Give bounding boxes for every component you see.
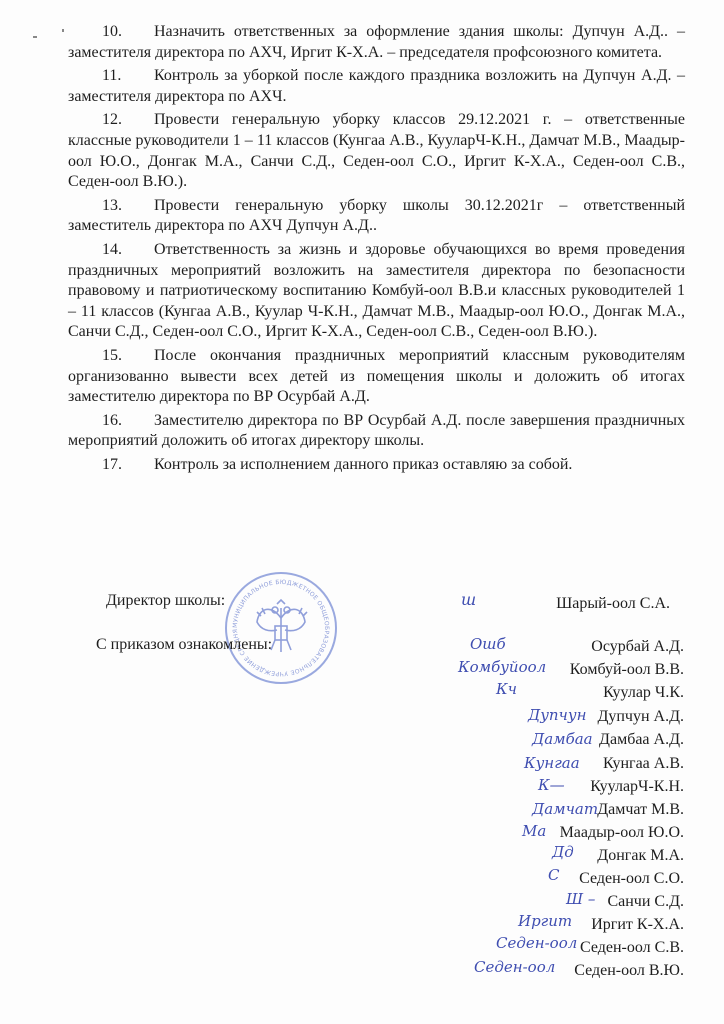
document-page: 10.Назначить ответственных за оформление… — [0, 0, 724, 1024]
signature: Кч — [496, 680, 517, 698]
signature: Дамбаа — [532, 730, 593, 748]
signatory-name: Комбуй-оол В.В. — [570, 661, 684, 679]
item-number: 12. — [102, 110, 154, 131]
director-label: Директор школы: — [106, 592, 225, 610]
order-item: 15.После окончания праздничных мероприят… — [68, 346, 685, 408]
order-items-list: 10.Назначить ответственных за оформление… — [68, 22, 685, 478]
official-stamp: МУНИЦИПАЛЬНОЕ БЮДЖЕТНОЕ ОБЩЕОБРАЗОВАТЕЛЬ… — [225, 572, 337, 684]
signatory-name: Кунгаа А.В. — [603, 755, 684, 773]
signature: Дд — [552, 843, 574, 861]
item-text: После окончания праздничных мероприятий … — [68, 347, 685, 405]
signature: Кунгаа — [524, 754, 580, 772]
signatory-name: КууларЧ-К.Н. — [590, 778, 684, 796]
eagle-emblem-icon: МУНИЦИПАЛЬНОЕ БЮДЖЕТНОЕ ОБЩЕОБРАЗОВАТЕЛЬ… — [227, 574, 335, 682]
signatory-name: Осурбай А.Д. — [591, 638, 684, 656]
signature: К— — [538, 776, 565, 794]
order-item: 13.Провести генеральную уборку школы 30.… — [68, 196, 685, 237]
signature: Седен-оол — [496, 934, 577, 952]
director-signature: ш — [461, 590, 476, 609]
item-number: 10. — [102, 22, 154, 43]
item-number: 15. — [102, 346, 154, 367]
signatory-name: Маадыр-оол Ю.О. — [560, 824, 684, 842]
signatory-name: Иргит К-Х.А. — [591, 916, 684, 934]
item-text: Назначить ответственных за оформление зд… — [68, 23, 685, 61]
item-text: Заместителю директора по ВР Осурбай А.Д.… — [68, 412, 685, 450]
signatory-name: Донгак М.А. — [597, 847, 684, 865]
item-number: 17. — [102, 455, 154, 476]
item-number: 11. — [102, 66, 154, 87]
signature: Ошб — [470, 635, 506, 653]
signature: Иргит — [518, 912, 572, 930]
item-text: Провести генеральную уборку школы 30.12.… — [68, 197, 685, 235]
signatory-name: Седен-оол В.Ю. — [574, 962, 684, 980]
item-number: 16. — [102, 411, 154, 432]
signatory-name: Санчи С.Д. — [607, 893, 684, 911]
signature: Ма — [522, 822, 546, 840]
order-item: 17.Контроль за исполнением данного прика… — [68, 455, 685, 476]
director-name: Шарый-оол С.А. — [556, 595, 670, 613]
signatory-name: Куулар Ч.К. — [603, 684, 684, 702]
signatory-name: Седен-оол С.О. — [579, 870, 684, 888]
signature: Дупчун — [528, 706, 586, 724]
order-item: 16.Заместителю директора по ВР Осурбай А… — [68, 411, 685, 452]
signatory-name: Дупчун А.Д. — [597, 708, 684, 726]
signature: Седен-оол — [474, 958, 555, 976]
signature: Комбуйоол — [458, 658, 546, 676]
order-item: 14.Ответственность за жизнь и здоровье о… — [68, 240, 685, 343]
signatory-name: Седен-оол С.В. — [580, 939, 684, 957]
signatory-name: Дамбаа А.Д. — [599, 731, 684, 749]
acknowledged-label: С приказом ознакомлены: — [96, 636, 272, 654]
item-text: Ответственность за жизнь и здоровье обуч… — [68, 241, 685, 340]
scan-speck — [62, 29, 64, 32]
signatory-name: Дамчат М.В. — [597, 801, 684, 819]
signature: Дамчат — [532, 800, 598, 818]
item-text: Контроль за уборкой после каждого праздн… — [68, 67, 685, 105]
item-number: 13. — [102, 196, 154, 217]
order-item: 10.Назначить ответственных за оформление… — [68, 22, 685, 63]
signature: С — [548, 866, 559, 884]
signature: Ш – — [566, 890, 595, 908]
scan-speck — [33, 36, 37, 38]
order-item: 11.Контроль за уборкой после каждого пра… — [68, 66, 685, 107]
item-text: Контроль за исполнением данного приказ о… — [154, 456, 572, 473]
order-item: 12.Провести генеральную уборку классов 2… — [68, 110, 685, 192]
item-number: 14. — [102, 240, 154, 261]
item-text: Провести генеральную уборку классов 29.1… — [68, 111, 685, 190]
